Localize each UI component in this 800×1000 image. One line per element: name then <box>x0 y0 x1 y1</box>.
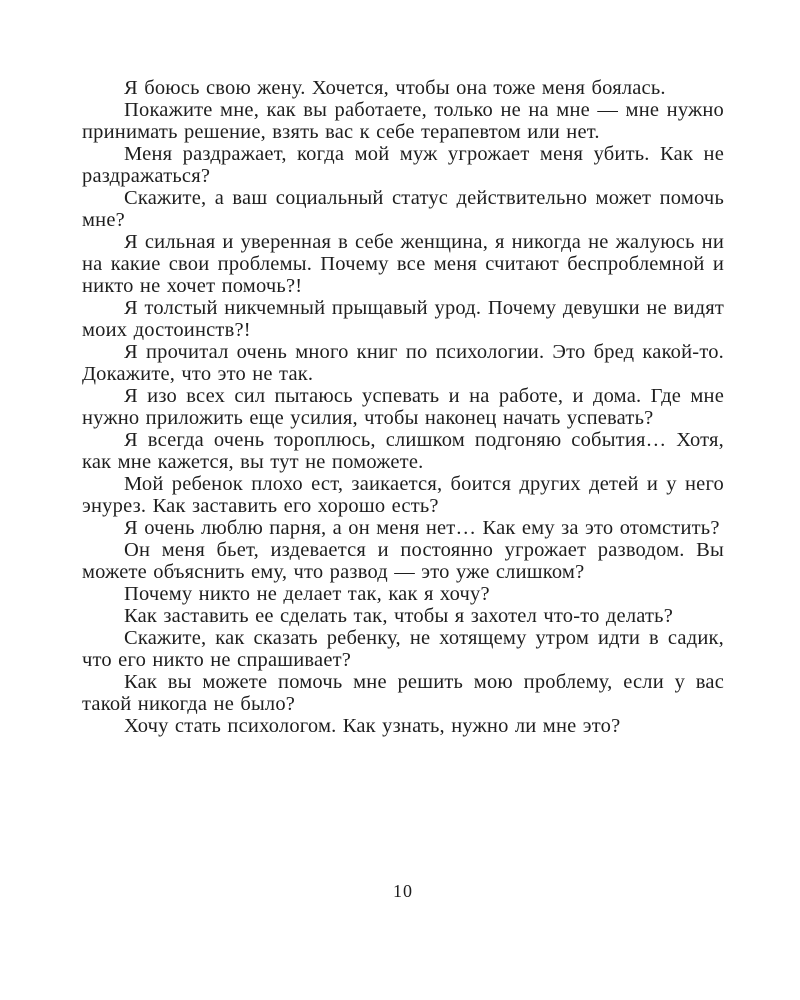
book-page: Я боюсь свою жену. Хочется, чтобы она то… <box>0 0 800 1000</box>
paragraph: Скажите, как сказать ребенку, не хотящем… <box>82 627 724 671</box>
paragraph: Я боюсь свою жену. Хочется, чтобы она то… <box>82 77 724 99</box>
paragraph: Почему никто не делает так, как я хочу? <box>82 583 724 605</box>
paragraph: Скажите, а ваш социальный статус действи… <box>82 187 724 231</box>
page-text: Я боюсь свою жену. Хочется, чтобы она то… <box>82 77 724 737</box>
paragraph: Я толстый никчемный прыщавый урод. Почем… <box>82 297 724 341</box>
page-number: 10 <box>82 880 724 902</box>
paragraph: Меня раздражает, когда мой муж угрожает … <box>82 143 724 187</box>
paragraph: Я всегда очень тороплюсь, слишком подгон… <box>82 429 724 473</box>
paragraph: Хочу стать психологом. Как узнать, нужно… <box>82 715 724 737</box>
paragraph: Я сильная и уверенная в себе женщина, я … <box>82 231 724 297</box>
paragraph: Как заставить ее сделать так, чтобы я за… <box>82 605 724 627</box>
paragraph: Я очень люблю парня, а он меня нет… Как … <box>82 517 724 539</box>
paragraph: Он меня бьет, издевается и постоянно угр… <box>82 539 724 583</box>
paragraph: Мой ребенок плохо ест, заикается, боится… <box>82 473 724 517</box>
paragraph: Я прочитал очень много книг по психологи… <box>82 341 724 385</box>
paragraph: Я изо всех сил пытаюсь успевать и на раб… <box>82 385 724 429</box>
paragraph: Покажите мне, как вы работаете, только н… <box>82 99 724 143</box>
paragraph: Как вы можете помочь мне решить мою проб… <box>82 671 724 715</box>
